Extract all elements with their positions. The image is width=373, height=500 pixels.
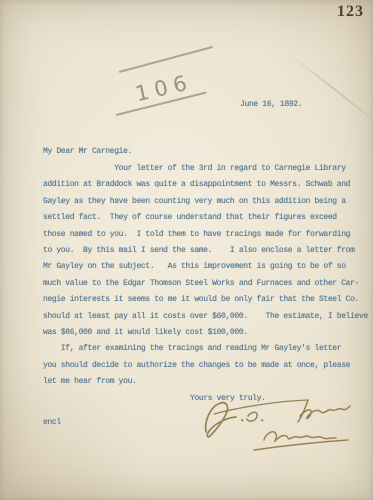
body-line: to you. By this mail I send the same. I …: [43, 243, 368, 259]
body-line: Your letter of the 3rd in regard to Carn…: [43, 161, 368, 177]
paper-crease: [287, 52, 373, 134]
body-line: should at least pay all it costs over $6…: [43, 309, 368, 325]
salutation: My Dear Mr Carnegie.: [43, 147, 132, 156]
body-line: If, after examining the tracings and rea…: [43, 341, 368, 357]
body-line: let me hear from you.: [43, 374, 368, 390]
body-line: was $86,000 and it would likely cost $10…: [43, 325, 368, 341]
letter-date: June 16, 1892.: [240, 100, 302, 109]
pencil-line-top: [119, 46, 213, 73]
body-line: Mr Gayley on the subject. As this improv…: [43, 259, 368, 275]
signature-ink-strokes: [196, 392, 356, 454]
body-line: settled fact. They of course understand …: [43, 210, 368, 226]
body-line: much value to the Edgar Thomson Steel Wo…: [43, 276, 368, 292]
body-line: Gayley as they have been counting very m…: [43, 194, 368, 210]
letter-scan: 123 106 June 16, 1892. My Dear Mr Carneg…: [0, 0, 373, 500]
body-line: negie interests it seems to me it would …: [43, 292, 368, 308]
body-line: those named to you. I told them to have …: [43, 227, 368, 243]
signature-hc-frick: [196, 392, 356, 454]
body-line: addition at Braddock was quite a disappo…: [43, 177, 368, 193]
page-number: 123: [337, 3, 364, 21]
body-line: you should decide to authorize the chang…: [43, 358, 368, 374]
enclosure-note: encl: [43, 418, 61, 427]
letter-body: Your letter of the 3rd in regard to Carn…: [43, 161, 368, 391]
